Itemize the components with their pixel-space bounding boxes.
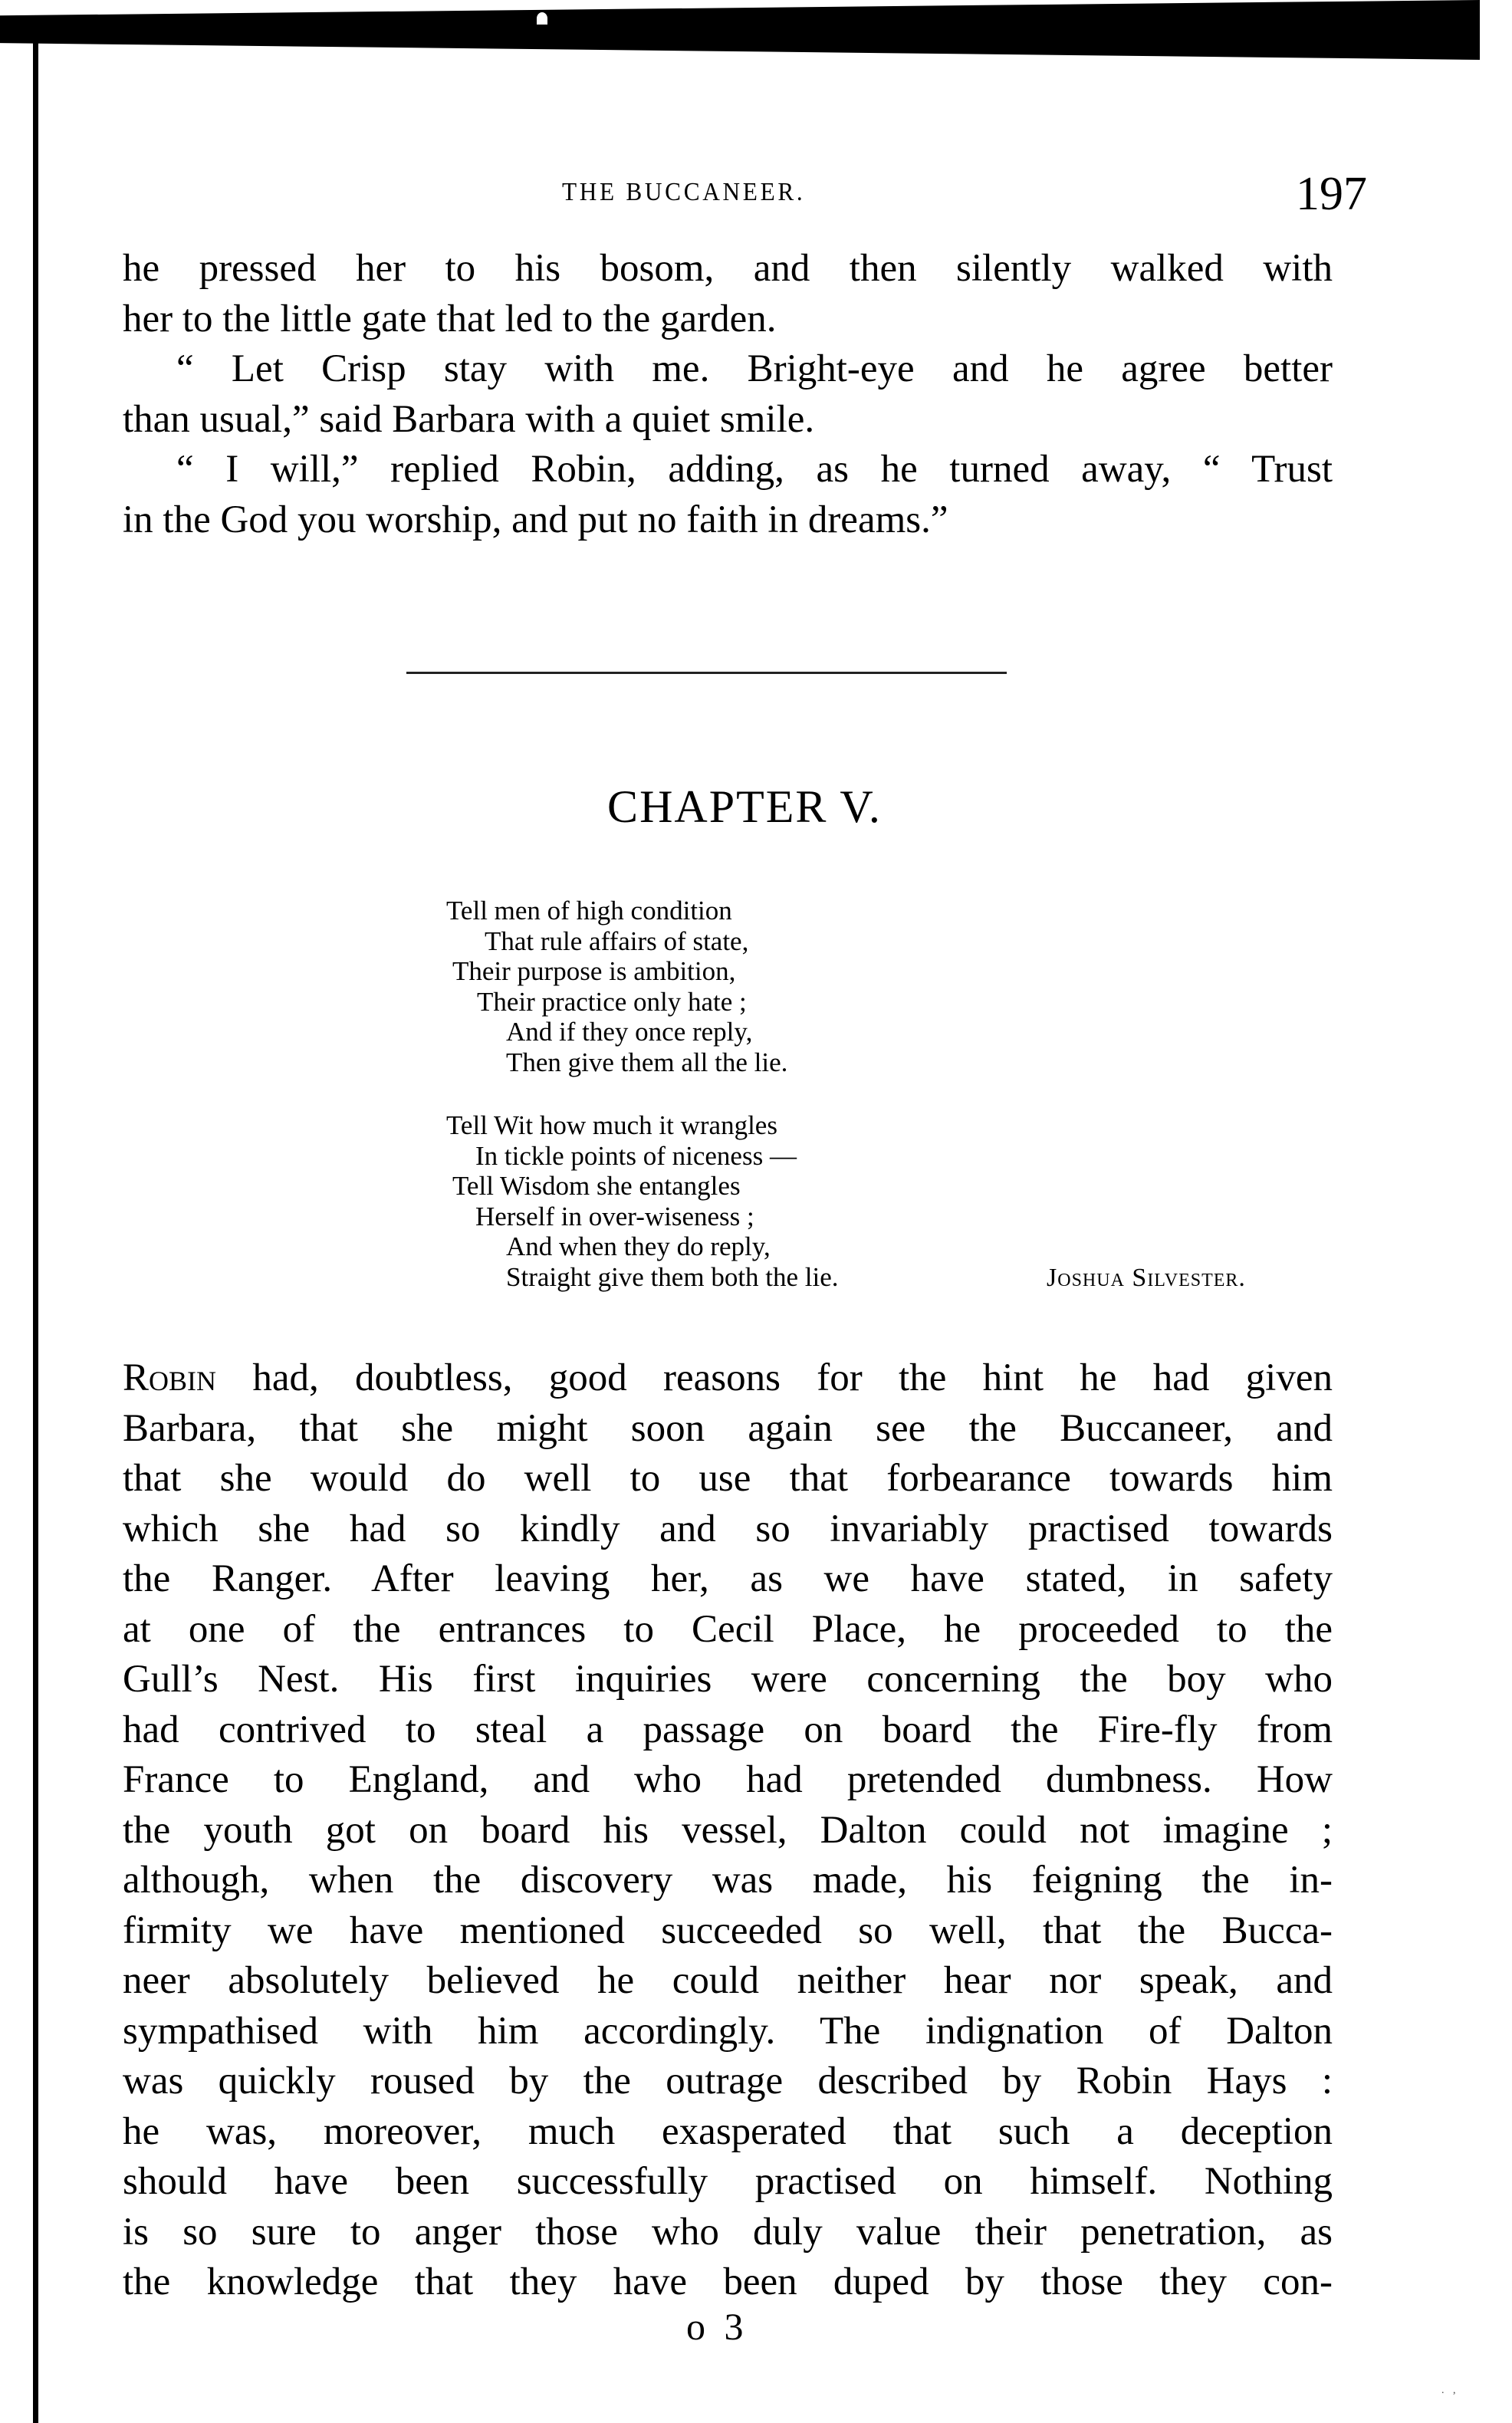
printer-signature-mark: o 3 (686, 2304, 748, 2349)
text-line: the Ranger. After leaving her, as we hav… (123, 1554, 1333, 1605)
poem-line: Tell men of high condition (422, 896, 787, 926)
text-line: at one of the entrances to Cecil Place, … (123, 1605, 1333, 1655)
text-line: had contrived to steal a passage on boar… (123, 1705, 1333, 1756)
scan-edge-notch (537, 12, 547, 25)
chapter-heading: CHAPTER V. (0, 781, 1512, 833)
scan-noise-specks: . , (1441, 2385, 1459, 2397)
text-line: which she had so kindly and so invariabl… (123, 1504, 1333, 1555)
epigraph-stanza-2: Tell Wit how much it wrangles In tickle … (422, 1110, 839, 1292)
running-header: THE BUCCANEER. 197 (0, 170, 1512, 216)
text-line: was quickly roused by the outrage descri… (123, 2056, 1333, 2107)
text-line: firmity we have mentioned succeeded so w… (123, 1906, 1333, 1957)
text-line: her to the little gate that led to the g… (123, 294, 1333, 345)
running-title: THE BUCCANEER. (562, 178, 805, 207)
poem-line: Their practice only hate ; (422, 987, 787, 1018)
text-line: “ Let Crisp stay with me. Bright-eye and… (123, 344, 1333, 395)
text-line: “ I will,” replied Robin, adding, as he … (123, 445, 1333, 495)
text-line: neer absolutely believed he could neithe… (123, 1956, 1333, 2007)
poem-line: That rule affairs of state, (422, 926, 787, 957)
poem-line: Tell Wit how much it wrangles (422, 1110, 839, 1141)
text-line-rest: had, doubtless, good reasons for the hin… (216, 1356, 1333, 1399)
poem-line: And when they do reply, (422, 1231, 839, 1262)
text-line: he was, moreover, much exasperated that … (123, 2107, 1333, 2158)
text-line: than usual,” said Barbara with a quiet s… (123, 395, 1333, 445)
text-line: the knowledge that they have been duped … (123, 2257, 1333, 2308)
page-number: 197 (1296, 167, 1367, 222)
text-line: he pressed her to his bosom, and then si… (123, 244, 1333, 294)
poem-line: Straight give them both the lie. (422, 1262, 839, 1293)
epigraph-attribution: Joshua Silvester. (1047, 1264, 1246, 1293)
continuation-paragraphs: he pressed her to his bosom, and then si… (123, 244, 1333, 545)
poem-line: Their purpose is ambition, (422, 956, 787, 987)
text-line: in the God you worship, and put no faith… (123, 495, 1333, 546)
poem-line: And if they once reply, (422, 1017, 787, 1047)
poem-line: Tell Wisdom she entangles (422, 1171, 839, 1202)
text-line: should have been successfully practised … (123, 2157, 1333, 2208)
text-line: France to England, and who had pretended… (123, 1755, 1333, 1806)
scan-edge-top-bar (0, 0, 1480, 60)
poem-line: Herself in over-wiseness ; (422, 1202, 839, 1232)
text-line: Barbara, that she might soon again see t… (123, 1404, 1333, 1455)
drop-word: Robin (123, 1356, 216, 1399)
poem-line: In tickle points of niceness — (422, 1141, 839, 1172)
text-line: Robin had, doubtless, good reasons for t… (123, 1353, 1333, 1404)
text-line: that she would do well to use that forbe… (123, 1454, 1333, 1504)
text-line: is so sure to anger those who duly value… (123, 2208, 1333, 2258)
text-line: although, when the discovery was made, h… (123, 1856, 1333, 1906)
poem-line: Then give them all the lie. (422, 1047, 787, 1078)
text-line: sympathised with him accordingly. The in… (123, 2007, 1333, 2057)
chapter-body-paragraph: Robin had, doubtless, good reasons for t… (123, 1353, 1333, 2308)
epigraph-stanza-1: Tell men of high condition That rule aff… (422, 896, 787, 1077)
scan-edge-left-line (33, 42, 38, 2423)
chapter-title: CHAPTER V. (607, 781, 882, 833)
text-line: Gull’s Nest. His first inquiries were co… (123, 1655, 1333, 1705)
section-divider-rule (406, 672, 1007, 674)
text-line: the youth got on board his vessel, Dalto… (123, 1806, 1333, 1856)
